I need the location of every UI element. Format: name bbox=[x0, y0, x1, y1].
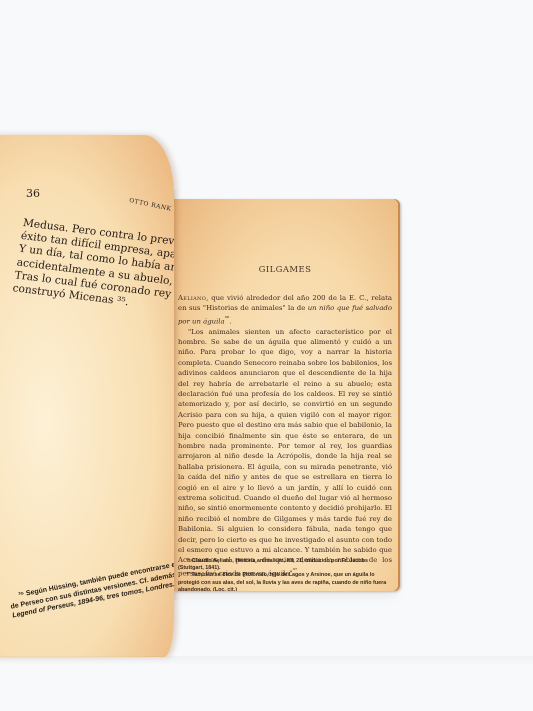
footnote: ³⁷ También se dice de Ptolomeo, hijo de … bbox=[178, 572, 390, 591]
running-head: OTTO RANK bbox=[129, 197, 172, 213]
left-page-footnote: ³⁵ Según Hüssing, también puede encontra… bbox=[8, 551, 174, 621]
author-name: Aeliano bbox=[178, 294, 206, 302]
surface-shadow bbox=[0, 656, 533, 666]
footnote: ³⁶ Claudio Aeliano, Historia animalium, … bbox=[178, 558, 390, 572]
left-page: 36 OTTO RANK Medusa. Pero contra lo prev… bbox=[0, 135, 174, 657]
paragraph-quote: "Los animales sienten un afecto caracter… bbox=[178, 327, 392, 579]
book-photo: GILGAMES Aeliano, que vivió alrededor de… bbox=[0, 0, 533, 711]
right-page-body: Aeliano, que vivió alrededor del año 200… bbox=[178, 293, 392, 579]
right-page-footnotes: ³⁶ Claudio Aeliano, Historia animalium, … bbox=[178, 558, 390, 591]
paragraph-intro: Aeliano, que vivió alrededor del año 200… bbox=[178, 293, 392, 327]
right-page: GILGAMES Aeliano, que vivió alrededor de… bbox=[172, 199, 398, 591]
page-number: 36 bbox=[26, 187, 40, 200]
left-page-body: Medusa. Pero contra lo previsto por el r… bbox=[12, 217, 174, 321]
chapter-heading: GILGAMES bbox=[172, 265, 398, 275]
